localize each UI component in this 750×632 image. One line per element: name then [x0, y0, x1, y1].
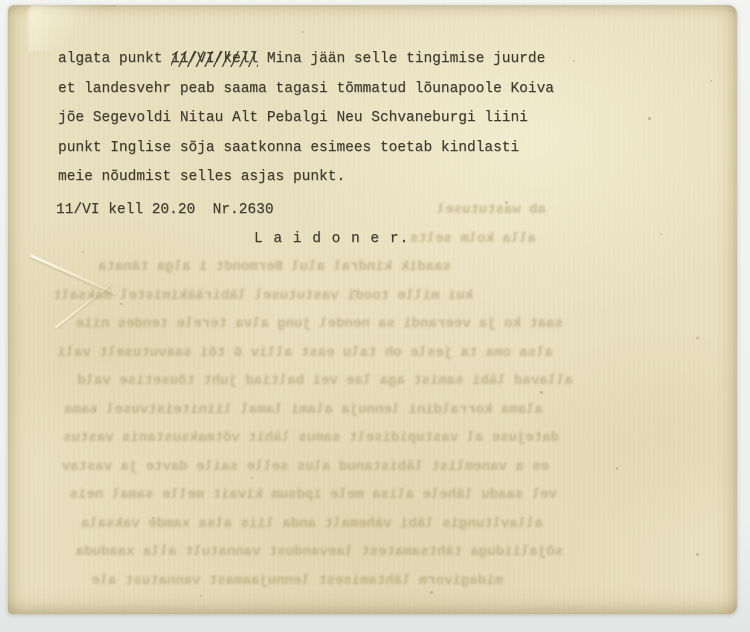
bleedthrough-line: saat ko ja veerandi sa nendel jung alva … [15, 310, 581, 339]
bleedthrough-line: alsa oma ta jesle oh talu east alliv G t… [15, 339, 581, 368]
bleedthrough-line: es a vanemlist läbistanud alus selle sai… [15, 453, 581, 482]
paper-crease [55, 284, 111, 329]
bleedthrough-line: saadik kindral alul Bermondt i alga täna… [15, 253, 581, 282]
paper-speck [251, 477, 253, 479]
reverse-side-bleedthrough: ab wastutusel alla kolm selts saadik kin… [15, 196, 581, 595]
telegram-signature: L a i d o n e r. [56, 225, 596, 255]
bleedthrough-line: sõjaliiduga tähtsamatest laevandust vann… [15, 538, 581, 567]
paper-speck [200, 595, 202, 597]
paper-speck [430, 591, 433, 594]
struck-out-text: 11/VI/kell [171, 51, 258, 67]
bleedthrough-line: datejuse al vastupidiselt samus lähit võ… [15, 424, 581, 453]
paper-speck [82, 251, 84, 253]
paper-speck [648, 117, 651, 120]
paper-speck [353, 290, 355, 292]
paper-speck [710, 80, 712, 82]
telegram-line: punkt Inglise sõja saatkonna esimees toe… [56, 134, 596, 164]
paper-speck [616, 467, 618, 470]
bleedthrough-line: midagivorm lähtamisest lennujaamast vann… [15, 567, 581, 596]
telegram-line1-post: Mina jään selle tingimise juurde [258, 51, 545, 67]
telegram-text: algata punkt 11/VI/kell Mina jään selle … [56, 45, 596, 255]
telegram-line: et landesvehr peab saama tagasi tõmmatud… [56, 75, 596, 105]
telegram-line: algata punkt 11/VI/kell Mina jään selle … [56, 45, 596, 75]
telegram-line1-pre: algata punkt [58, 51, 171, 67]
bleedthrough-line: vel saadu lähele alisa mele ipdsum kivai… [15, 481, 581, 510]
paper-speck [540, 391, 543, 394]
bleedthrough-line: alama korraldini lennuja alami lamal lii… [15, 396, 581, 425]
telegram-dateline: 11/VI kell 20.20 Nr.2630 [56, 196, 596, 226]
paper-speck [120, 303, 123, 305]
bleedthrough-line: allavltungis läbi vähemalt anda liis als… [15, 510, 581, 539]
paper-speck [152, 517, 155, 519]
telegram-line: jõe Segevoldi Nitau Alt Pebalgi Neu Schv… [56, 104, 596, 134]
paper-speck [696, 553, 699, 556]
paper-speck [696, 337, 699, 339]
bleedthrough-line: allavad läbi samist aga lae vei baltiad … [15, 367, 581, 396]
telegram-line: meie nõudmist selles asjas punkt. [56, 163, 596, 193]
paper-speck [660, 233, 662, 235]
paper-speck [94, 409, 96, 411]
paper-speck [302, 31, 304, 33]
document-paper: ab wastutusel alla kolm selts saadik kin… [8, 5, 737, 614]
paper-speck [505, 201, 508, 204]
paper-speck [573, 60, 575, 62]
